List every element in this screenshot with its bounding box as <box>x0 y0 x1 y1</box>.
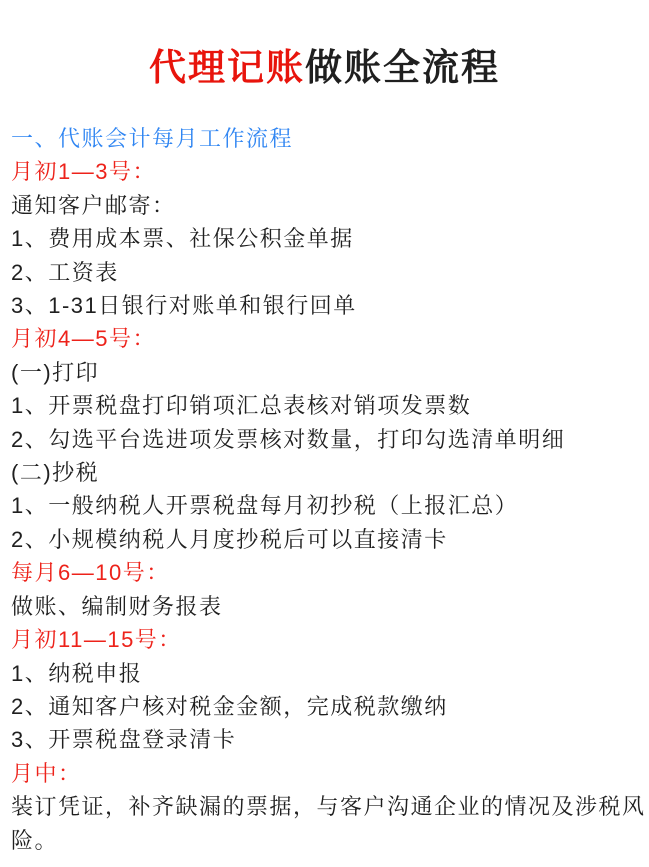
paragraph-heading-red: 月中： <box>11 757 648 790</box>
paragraph-line: 2、勾选平台选进项发票核对数量，打印勾选清单明细 <box>11 423 648 456</box>
paragraph-line: 1、开票税盘打印销项汇总表核对销项发票数 <box>11 389 648 422</box>
paragraph-line: 3、1-31日银行对账单和银行回单 <box>11 289 648 322</box>
paragraph-line: 2、通知客户核对税金金额，完成税款缴纳 <box>11 690 648 723</box>
paragraph-line: 1、费用成本票、社保公积金单据 <box>11 222 648 255</box>
paragraph-heading-red: 月初4—5号： <box>11 322 648 355</box>
paragraph-line: (二)抄税 <box>11 456 648 489</box>
page-title: 代理记账做账全流程 <box>0 44 649 92</box>
paragraph-line: 1、一般纳税人开票税盘每月初抄税（上报汇总） <box>11 489 648 522</box>
paragraph-heading-blue: 一、代账会计每月工作流程 <box>11 122 648 155</box>
paragraph-heading-red: 每月6—10号： <box>11 556 648 589</box>
paragraph-list: 一、代账会计每月工作流程月初1—3号：通知客户邮寄：1、费用成本票、社保公积金单… <box>0 122 648 857</box>
paragraph-line: 通知客户邮寄： <box>11 189 648 222</box>
paragraph-line: 2、小规模纳税人月度抄税后可以直接清卡 <box>11 523 648 556</box>
paragraph-line: (一)打印 <box>11 356 648 389</box>
paragraph-line: 装订凭证，补齐缺漏的票据，与客户沟通企业的情况及涉税风险。 <box>11 790 648 857</box>
paragraph-line: 3、开票税盘登录清卡 <box>11 723 648 756</box>
paragraph-line: 2、工资表 <box>11 256 648 289</box>
paragraph-line: 1、纳税申报 <box>11 657 648 690</box>
paragraph-heading-red: 月初1—3号： <box>11 155 648 188</box>
paragraph-heading-red: 月初11—15号： <box>11 623 648 656</box>
page-title-rest: 做账全流程 <box>305 47 500 88</box>
page-title-highlight: 代理记账 <box>149 47 305 88</box>
paragraph-line: 做账、编制财务报表 <box>11 590 648 623</box>
document-page: 代理记账做账全流程 一、代账会计每月工作流程月初1—3号：通知客户邮寄：1、费用… <box>0 0 649 867</box>
